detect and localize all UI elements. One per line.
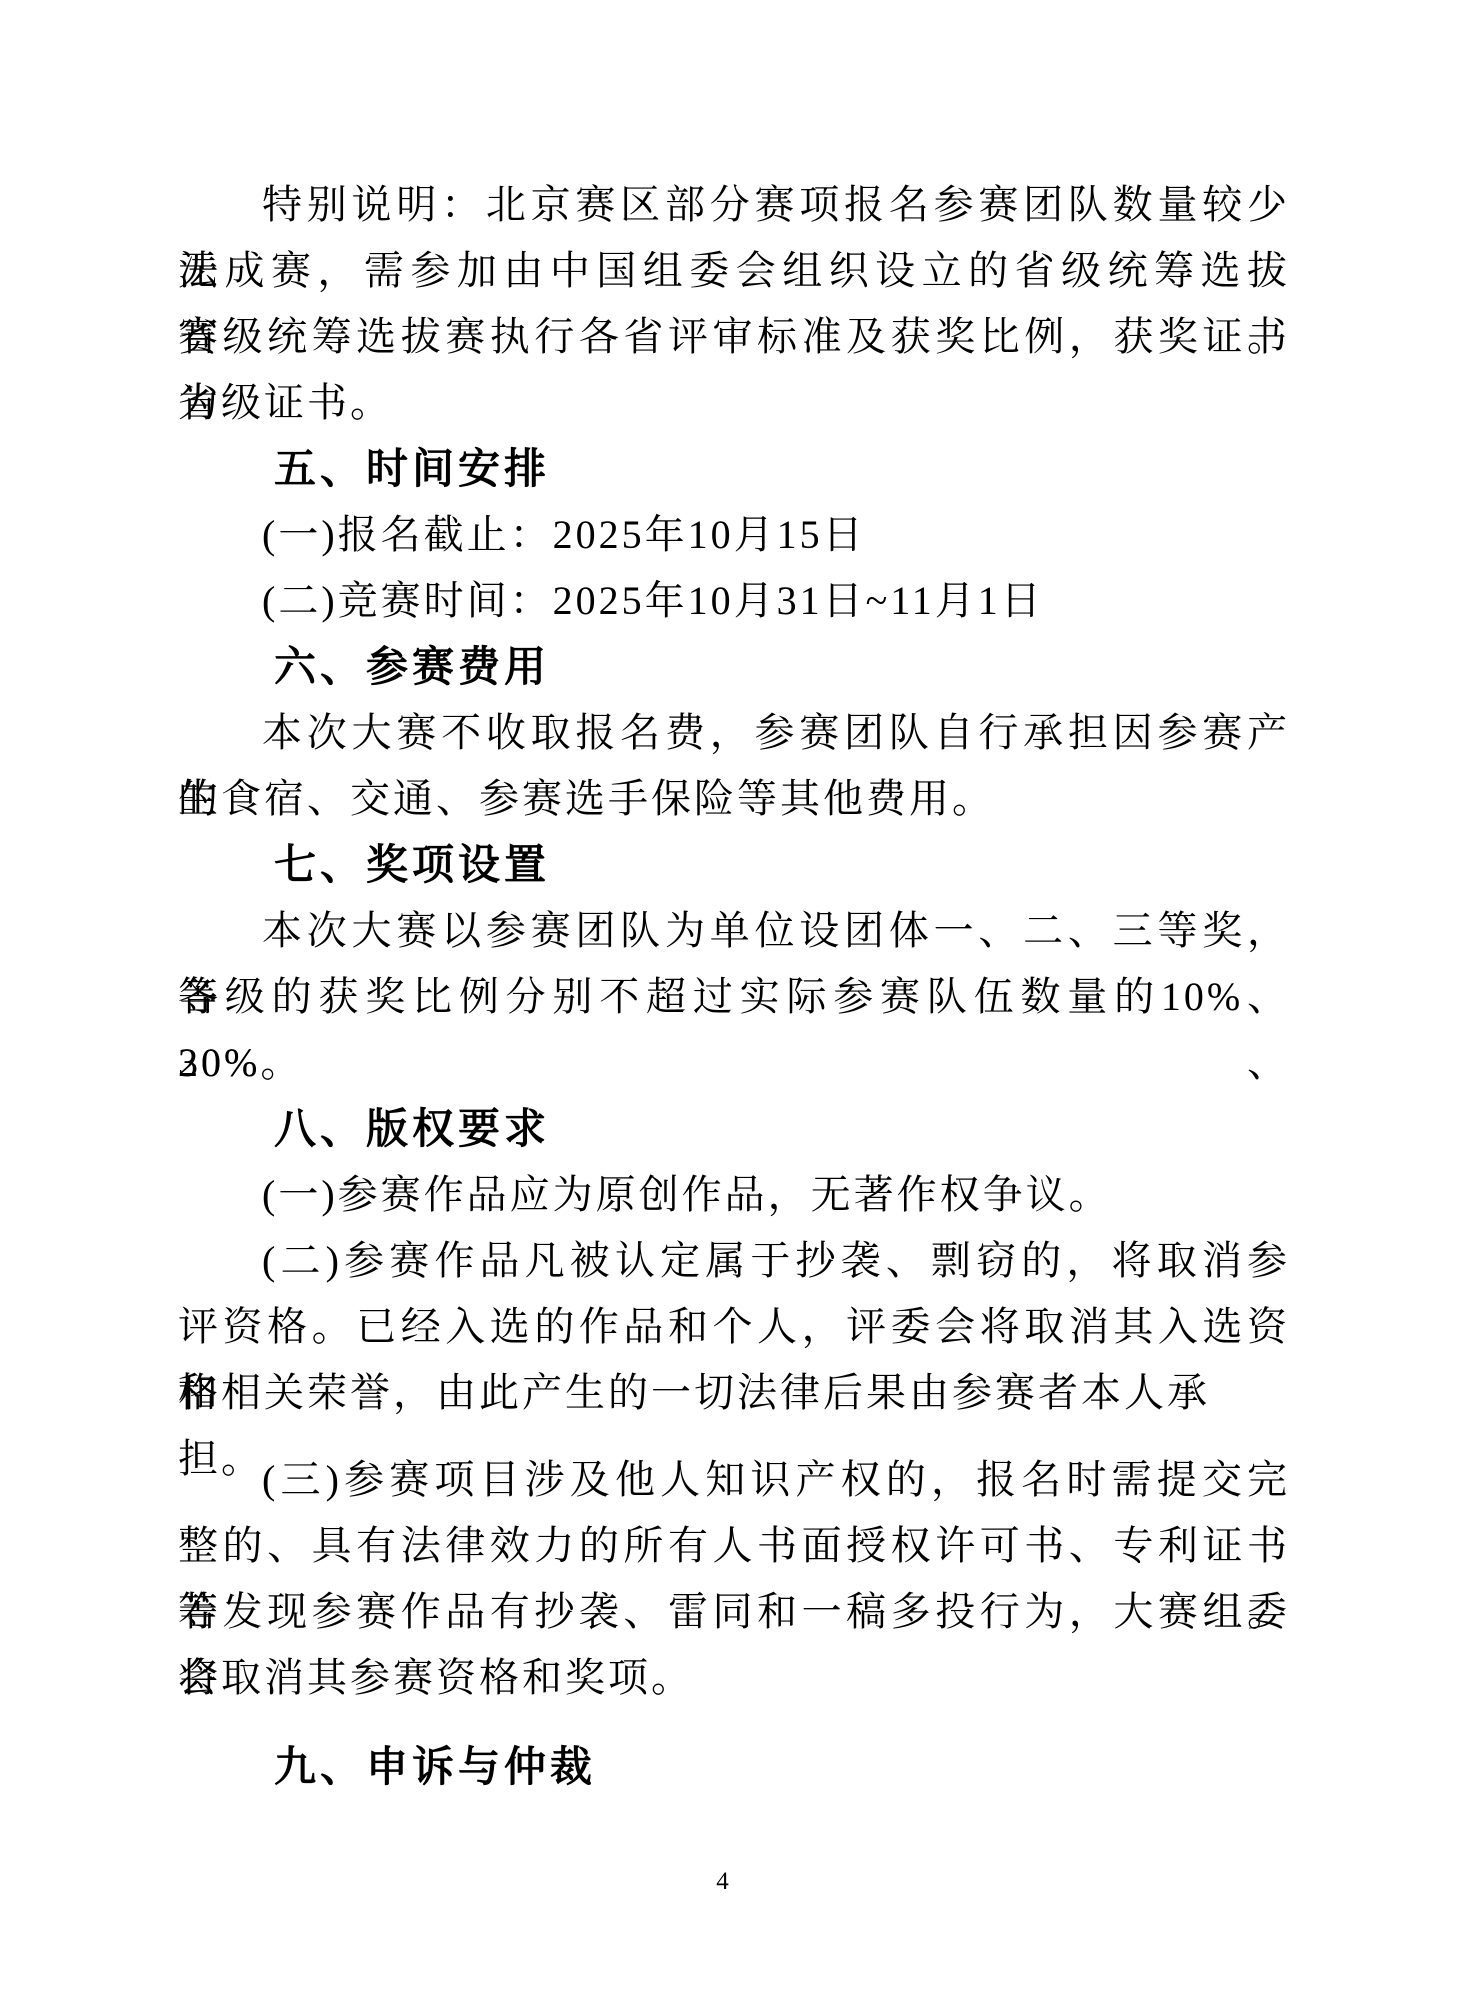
heading-section-9: 九、申诉与仲裁 bbox=[178, 1734, 1290, 1800]
special-note-paragraph: 特别说明：北京赛区部分赛项报名参赛团队数量较少无法成赛，需参加由中国组委会组织设… bbox=[178, 172, 1290, 436]
registration-deadline-paragraph: (一)报名截止：2025年10月15日 bbox=[178, 502, 1290, 568]
awards-paragraph: 本次大赛以参赛团队为单位设团体一、二、三等奖，各等级的获奖比例分别不超过实际参赛… bbox=[178, 898, 1290, 1096]
text-line: 法成赛，需参加由中国组委会组织设立的省级统筹选拔赛。 bbox=[178, 238, 1290, 304]
text-line: (二)竞赛时间：2025年10月31日~11月1日 bbox=[178, 568, 1290, 634]
copyright-item-2-paragraph: (二)参赛作品凡被认定属于抄袭、剽窃的，将取消参评资格。已经入选的作品和个人，评… bbox=[178, 1228, 1290, 1426]
heading-section-6: 六、参赛费用 bbox=[178, 634, 1290, 700]
text-line: (二)参赛作品凡被认定属于抄袭、剽窃的，将取消参 bbox=[178, 1228, 1290, 1294]
document-content: 特别说明：北京赛区部分赛项报名参赛团队数量较少无法成赛，需参加由中国组委会组织设… bbox=[178, 172, 1290, 1800]
text-line: 将取消其参赛资格和奖项。 bbox=[178, 1645, 1290, 1711]
text-line: 评资格。已经入选的作品和个人，评委会将取消其入选资格 bbox=[178, 1294, 1290, 1360]
page-number: 4 bbox=[0, 1868, 1445, 1896]
text-line: 本次大赛以参赛团队为单位设团体一、二、三等奖，各 bbox=[178, 898, 1290, 964]
text-line: 整的、具有法律效力的所有人书面授权许可书、专利证书等。 bbox=[178, 1513, 1290, 1579]
text-line: (一)参赛作品应为原创作品，无著作权争议。 bbox=[178, 1162, 1290, 1228]
text-line: 省级统筹选拔赛执行各省评审标准及获奖比例，获奖证书为 bbox=[178, 304, 1290, 370]
text-line: 等级的获奖比例分别不超过实际参赛队伍数量的10%、20%、 bbox=[178, 964, 1290, 1030]
heading-section-5: 五、时间安排 bbox=[178, 436, 1290, 502]
heading-section-8: 八、版权要求 bbox=[178, 1096, 1290, 1162]
text-line: 省级证书。 bbox=[178, 370, 1290, 436]
document-page: 特别说明：北京赛区部分赛项报名参赛团队数量较少无法成赛，需参加由中国组委会组织设… bbox=[0, 0, 1465, 2000]
heading-section-7: 七、奖项设置 bbox=[178, 832, 1290, 898]
text-line: 和相关荣誉，由此产生的一切法律后果由参赛者本人承担。 bbox=[178, 1360, 1290, 1426]
text-line: 本次大赛不收取报名费，参赛团队自行承担因参赛产生 bbox=[178, 700, 1290, 766]
text-line: 若发现参赛作品有抄袭、雷同和一稿多投行为，大赛组委会 bbox=[178, 1579, 1290, 1645]
competition-time-paragraph: (二)竞赛时间：2025年10月31日~11月1日 bbox=[178, 568, 1290, 634]
copyright-item-1-paragraph: (一)参赛作品应为原创作品，无著作权争议。 bbox=[178, 1162, 1290, 1228]
text-line: (三)参赛项目涉及他人知识产权的，报名时需提交完 bbox=[178, 1447, 1290, 1513]
text-line: 的食宿、交通、参赛选手保险等其他费用。 bbox=[178, 766, 1290, 832]
text-line: (一)报名截止：2025年10月15日 bbox=[178, 502, 1290, 568]
fees-paragraph: 本次大赛不收取报名费，参赛团队自行承担因参赛产生的食宿、交通、参赛选手保险等其他… bbox=[178, 700, 1290, 832]
copyright-item-3-paragraph: (三)参赛项目涉及他人知识产权的，报名时需提交完整的、具有法律效力的所有人书面授… bbox=[178, 1447, 1290, 1711]
text-line: 特别说明：北京赛区部分赛项报名参赛团队数量较少无 bbox=[178, 172, 1290, 238]
